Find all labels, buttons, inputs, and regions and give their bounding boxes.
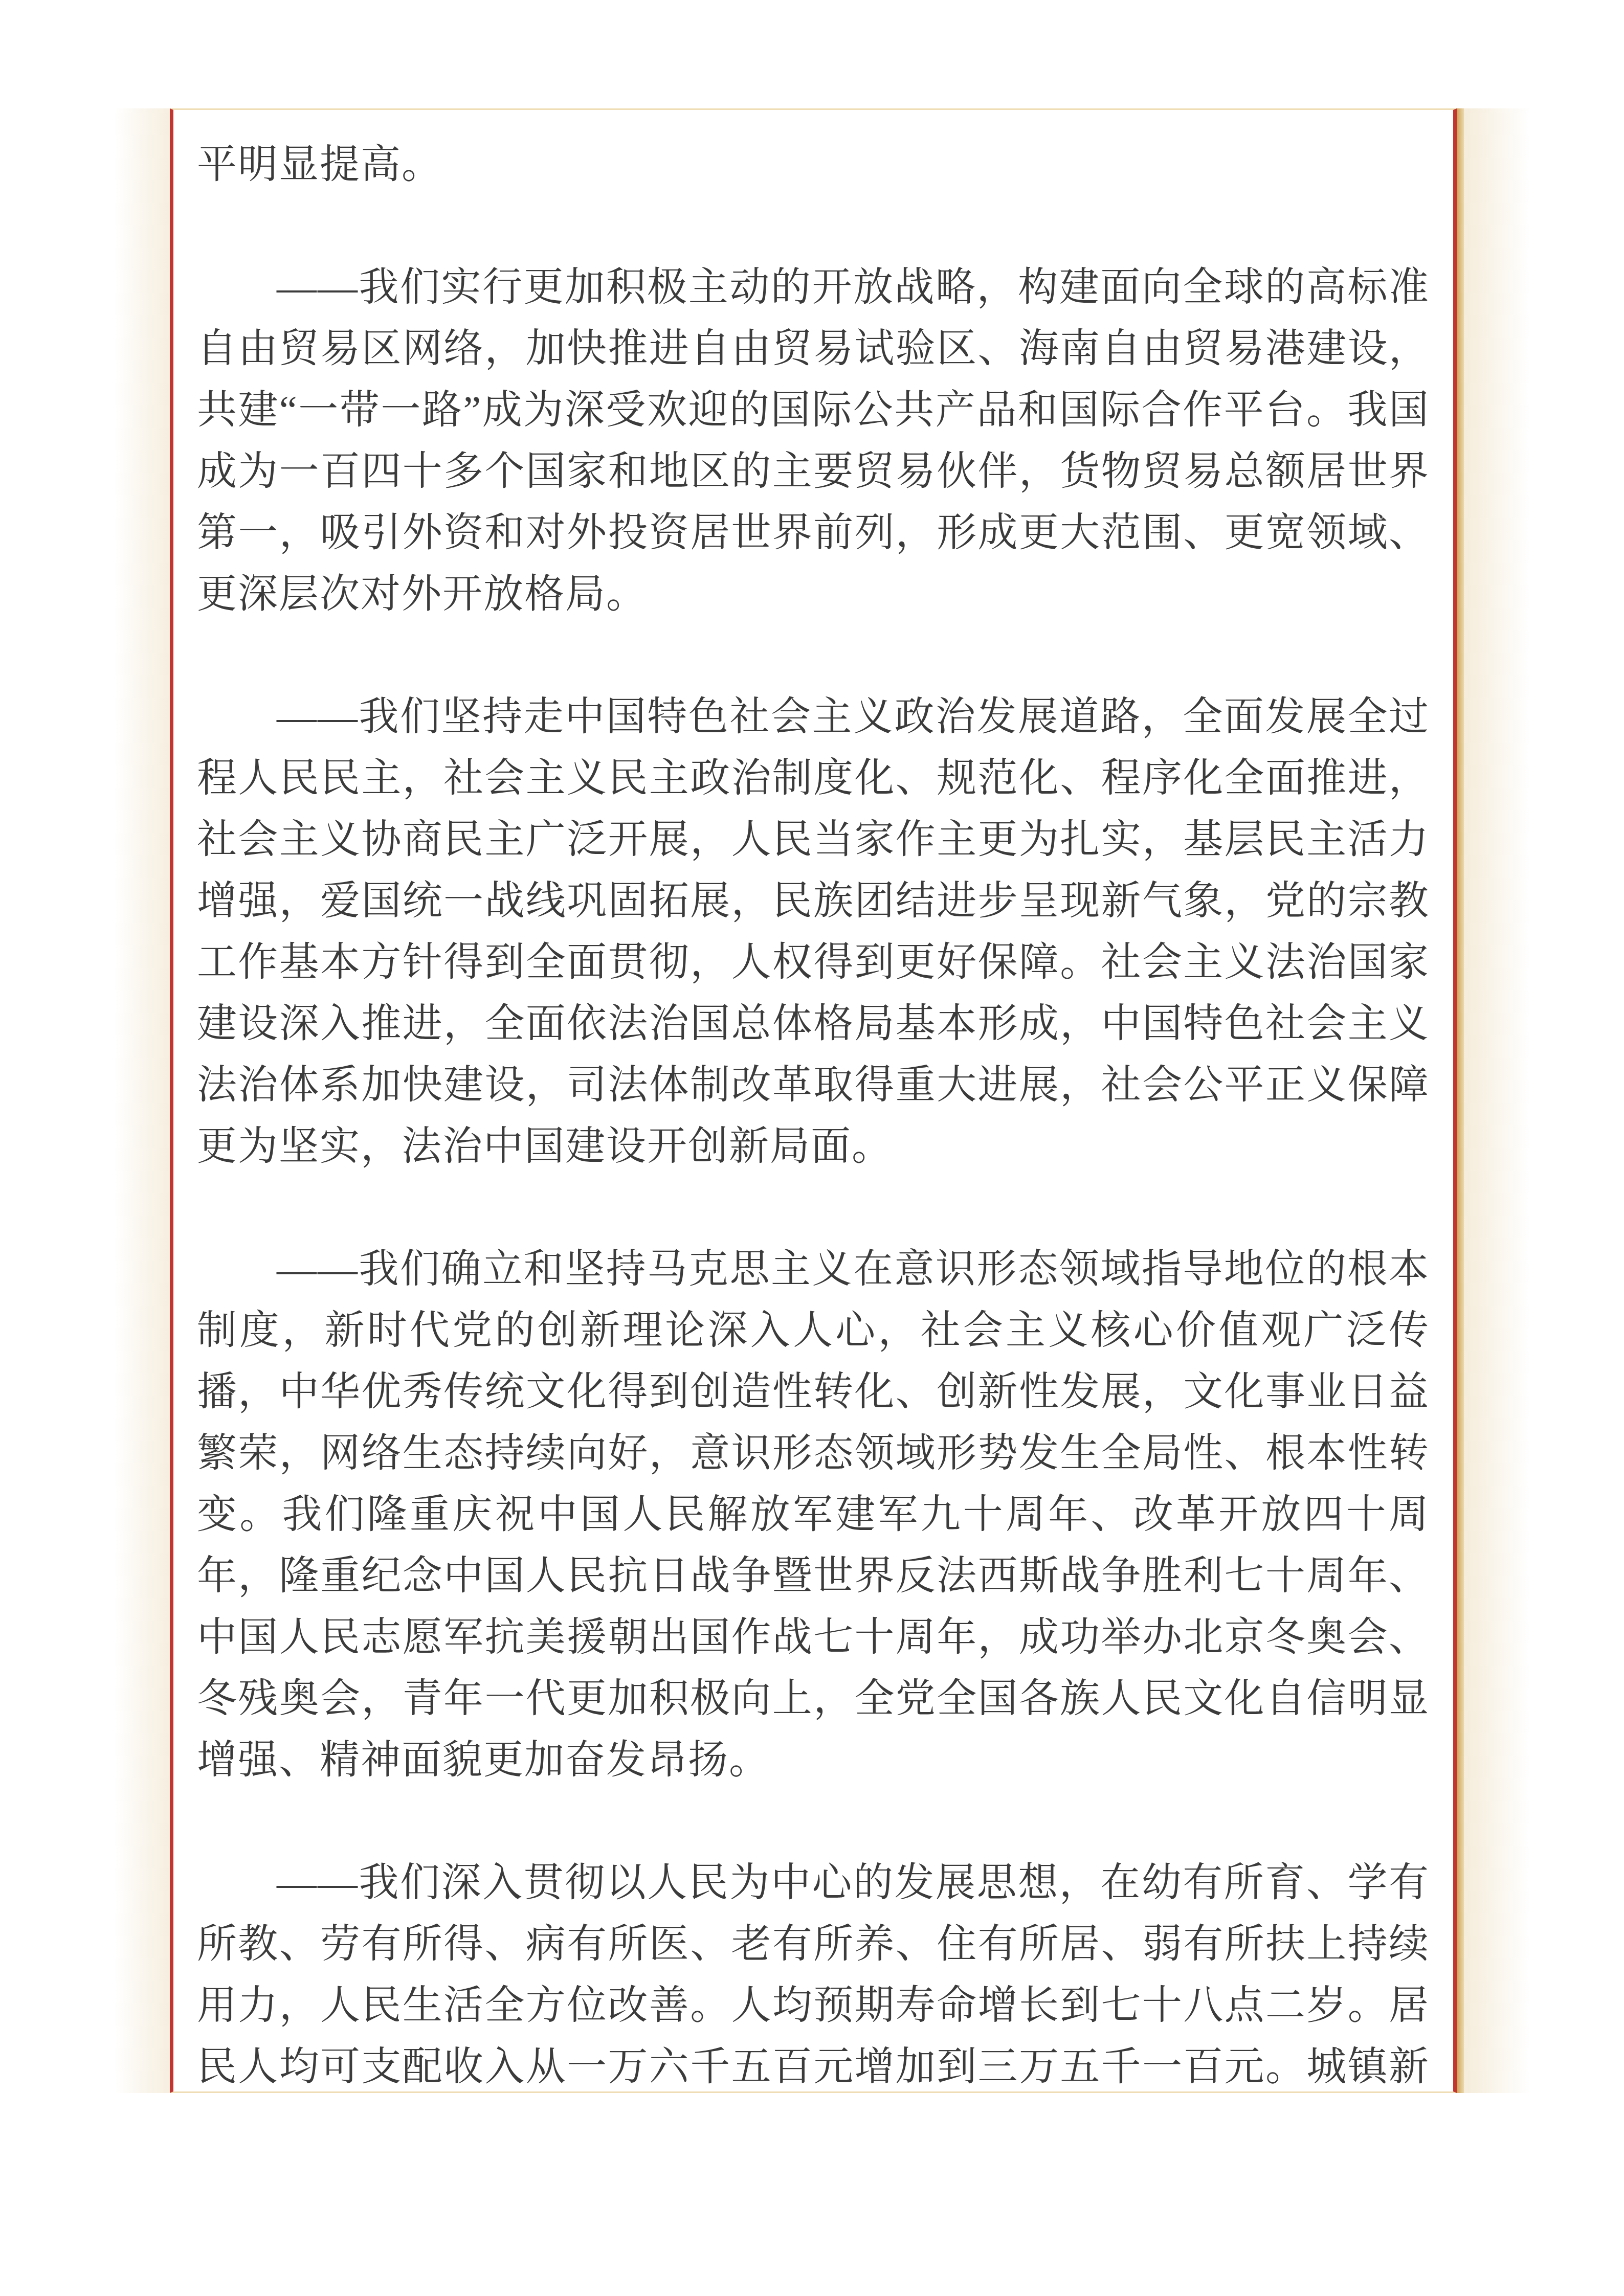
article-page: { "style": { "page_background": "#ffffff…	[0, 0, 1624, 2296]
paragraph-continuation: 平明显提高。	[197, 134, 1430, 195]
document-page-sheet: 平明显提高。 ——我们实行更加积极主动的开放战略，构建面向全球的高标准自由贸易区…	[170, 108, 1457, 2093]
paragraph-people-livelihood: ——我们深入贯彻以人民为中心的发展思想，在幼有所育、学有所教、劳有所得、病有所医…	[197, 1852, 1430, 2093]
gold-accent-strip	[1457, 108, 1464, 2093]
paragraph-political-development: ——我们坚持走中国特色社会主义政治发展道路，全面发展全过程人民民主，社会主义民主…	[197, 686, 1430, 1177]
paragraph-opening-up-strategy: ——我们实行更加积极主动的开放战略，构建面向全球的高标准自由贸易区网络，加快推进…	[197, 257, 1430, 625]
right-cream-glow	[1464, 108, 1529, 2093]
left-cream-glow	[114, 108, 170, 2093]
paragraph-ideology-culture: ——我们确立和坚持马克思主义在意识形态领域指导地位的根本制度，新时代党的创新理论…	[197, 1239, 1430, 1791]
document-text: 平明显提高。 ——我们实行更加积极主动的开放战略，构建面向全球的高标准自由贸易区…	[197, 134, 1430, 2093]
